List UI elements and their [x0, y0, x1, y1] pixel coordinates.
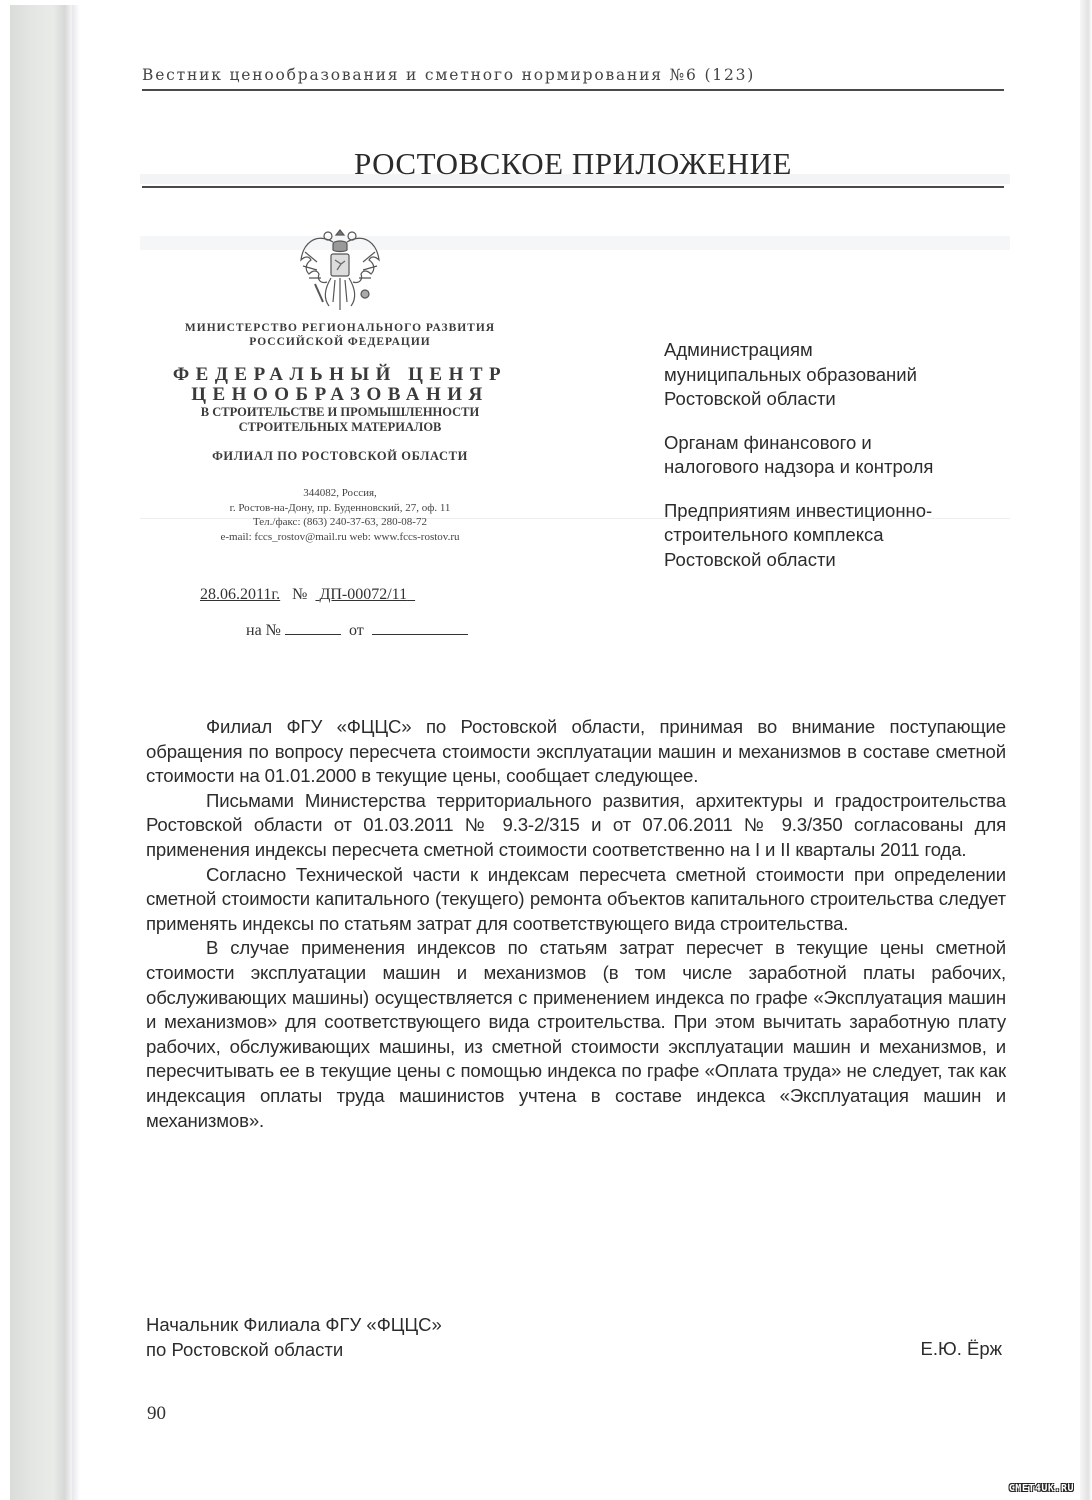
branch-address: 344082, Россия, г. Ростов-на-Дону, пр. Б…: [160, 486, 520, 544]
letter-number: ДП-00072/11: [315, 586, 415, 603]
reply-number-blank: [285, 620, 341, 635]
signature-block: Начальник Филиала ФГУ «ФЦЦС» по Ростовск…: [146, 1313, 1002, 1362]
organization-subtitle-line-2: СТРОИТЕЛЬНЫХ МАТЕРИАЛОВ: [160, 420, 520, 435]
organization-name: ФЕДЕРАЛЬНЫЙ ЦЕНТР ЦЕНООБРАЗОВАНИЯ: [160, 365, 520, 405]
address-line: 344082, Россия,: [160, 486, 520, 501]
recipient-line: Органам финансового и: [664, 431, 1004, 456]
organization-subtitle: В СТРОИТЕЛЬСТВЕ И ПРОМЫШЛЕННОСТИ СТРОИТЕ…: [160, 405, 520, 435]
reply-date-blank: [372, 620, 468, 635]
recipient-group: Администрациям муниципальных образований…: [664, 338, 1004, 412]
ministry-name: МИНИСТЕРСТВО РЕГИОНАЛЬНОГО РАЗВИТИЯ РОСС…: [160, 321, 520, 349]
recipients-block: Администрациям муниципальных образований…: [664, 338, 1004, 591]
binding-shadow: [72, 5, 80, 1500]
number-label: №: [292, 586, 307, 603]
body-paragraph: Филиал ФГУ «ФЦЦС» по Ростовской области,…: [146, 715, 1006, 789]
recipient-line: Ростовской области: [664, 548, 1004, 573]
organization-subtitle-line-1: В СТРОИТЕЛЬСТВЕ И ПРОМЫШЛЕННОСТИ: [160, 405, 520, 420]
reply-number-label: на №: [246, 622, 281, 639]
site-watermark: CMET4UK.RU: [1009, 1483, 1074, 1494]
reply-date-label: от: [349, 622, 364, 639]
reply-reference-line: на № от: [246, 620, 468, 640]
recipient-line: Администрациям: [664, 338, 1004, 363]
recipient-group: Органам финансового и налогового надзора…: [664, 431, 1004, 480]
ministry-line-2: РОССИЙСКОЙ ФЕДЕРАЦИИ: [160, 335, 520, 349]
recipient-group: Предприятиям инвестиционно- строительног…: [664, 499, 1004, 573]
branch-name: ФИЛИАЛ ПО РОСТОВСКОЙ ОБЛАСТИ: [160, 449, 520, 464]
organization-line-1: ФЕДЕРАЛЬНЫЙ ЦЕНТР: [160, 365, 520, 385]
email-web-line: e-mail: fccs_rostov@mail.ru web: www.fcc…: [160, 530, 520, 545]
running-head-rule: [142, 89, 1004, 91]
running-head: Вестник ценообразования и сметного норми…: [142, 66, 1002, 84]
registration-line: 28.06.2011г. № ДП-00072/11: [200, 586, 415, 604]
recipient-line: Ростовской области: [664, 387, 1004, 412]
body-paragraph: Согласно Технической части к индексам пе…: [146, 863, 1006, 937]
organization-line-2: ЦЕНООБРАЗОВАНИЯ: [160, 385, 520, 405]
russian-coat-of-arms-icon: [295, 222, 385, 317]
recipient-line: Предприятиям инвестиционно-: [664, 499, 1004, 524]
section-title: РОСТОВСКОЕ ПРИЛОЖЕНИЕ: [142, 146, 1004, 182]
page-right-edge: [1080, 0, 1092, 1500]
letter-date: 28.06.2011г.: [200, 586, 280, 603]
recipient-line: налогового надзора и контроля: [664, 455, 1004, 480]
letter-body: Филиал ФГУ «ФЦЦС» по Ростовской области,…: [146, 715, 1006, 1133]
signatory-title-line-2: по Ростовской области: [146, 1338, 1002, 1363]
body-paragraph: В случае применения индексов по статьям …: [146, 936, 1006, 1133]
page-number: 90: [147, 1403, 166, 1425]
recipient-line: муниципальных образований: [664, 363, 1004, 388]
letter-number-value: ДП-00072/11: [319, 586, 407, 603]
signatory-name: Е.Ю. Ёрж: [921, 1337, 1002, 1362]
signatory-title-line-1: Начальник Филиала ФГУ «ФЦЦС»: [146, 1313, 1002, 1338]
recipient-line: строительного комплекса: [664, 523, 1004, 548]
address-line: г. Ростов-на-Дону, пр. Буденновский, 27,…: [160, 501, 520, 516]
page-binding-strip: [10, 5, 72, 1500]
ministry-line-1: МИНИСТЕРСТВО РЕГИОНАЛЬНОГО РАЗВИТИЯ: [160, 321, 520, 335]
phone-fax-line: Тел./факс: (863) 240-37-63, 280-08-72: [160, 515, 520, 530]
letterhead: МИНИСТЕРСТВО РЕГИОНАЛЬНОГО РАЗВИТИЯ РОСС…: [160, 222, 520, 544]
body-paragraph: Письмами Министерства территориального р…: [146, 789, 1006, 863]
section-title-rule: [142, 186, 1004, 188]
